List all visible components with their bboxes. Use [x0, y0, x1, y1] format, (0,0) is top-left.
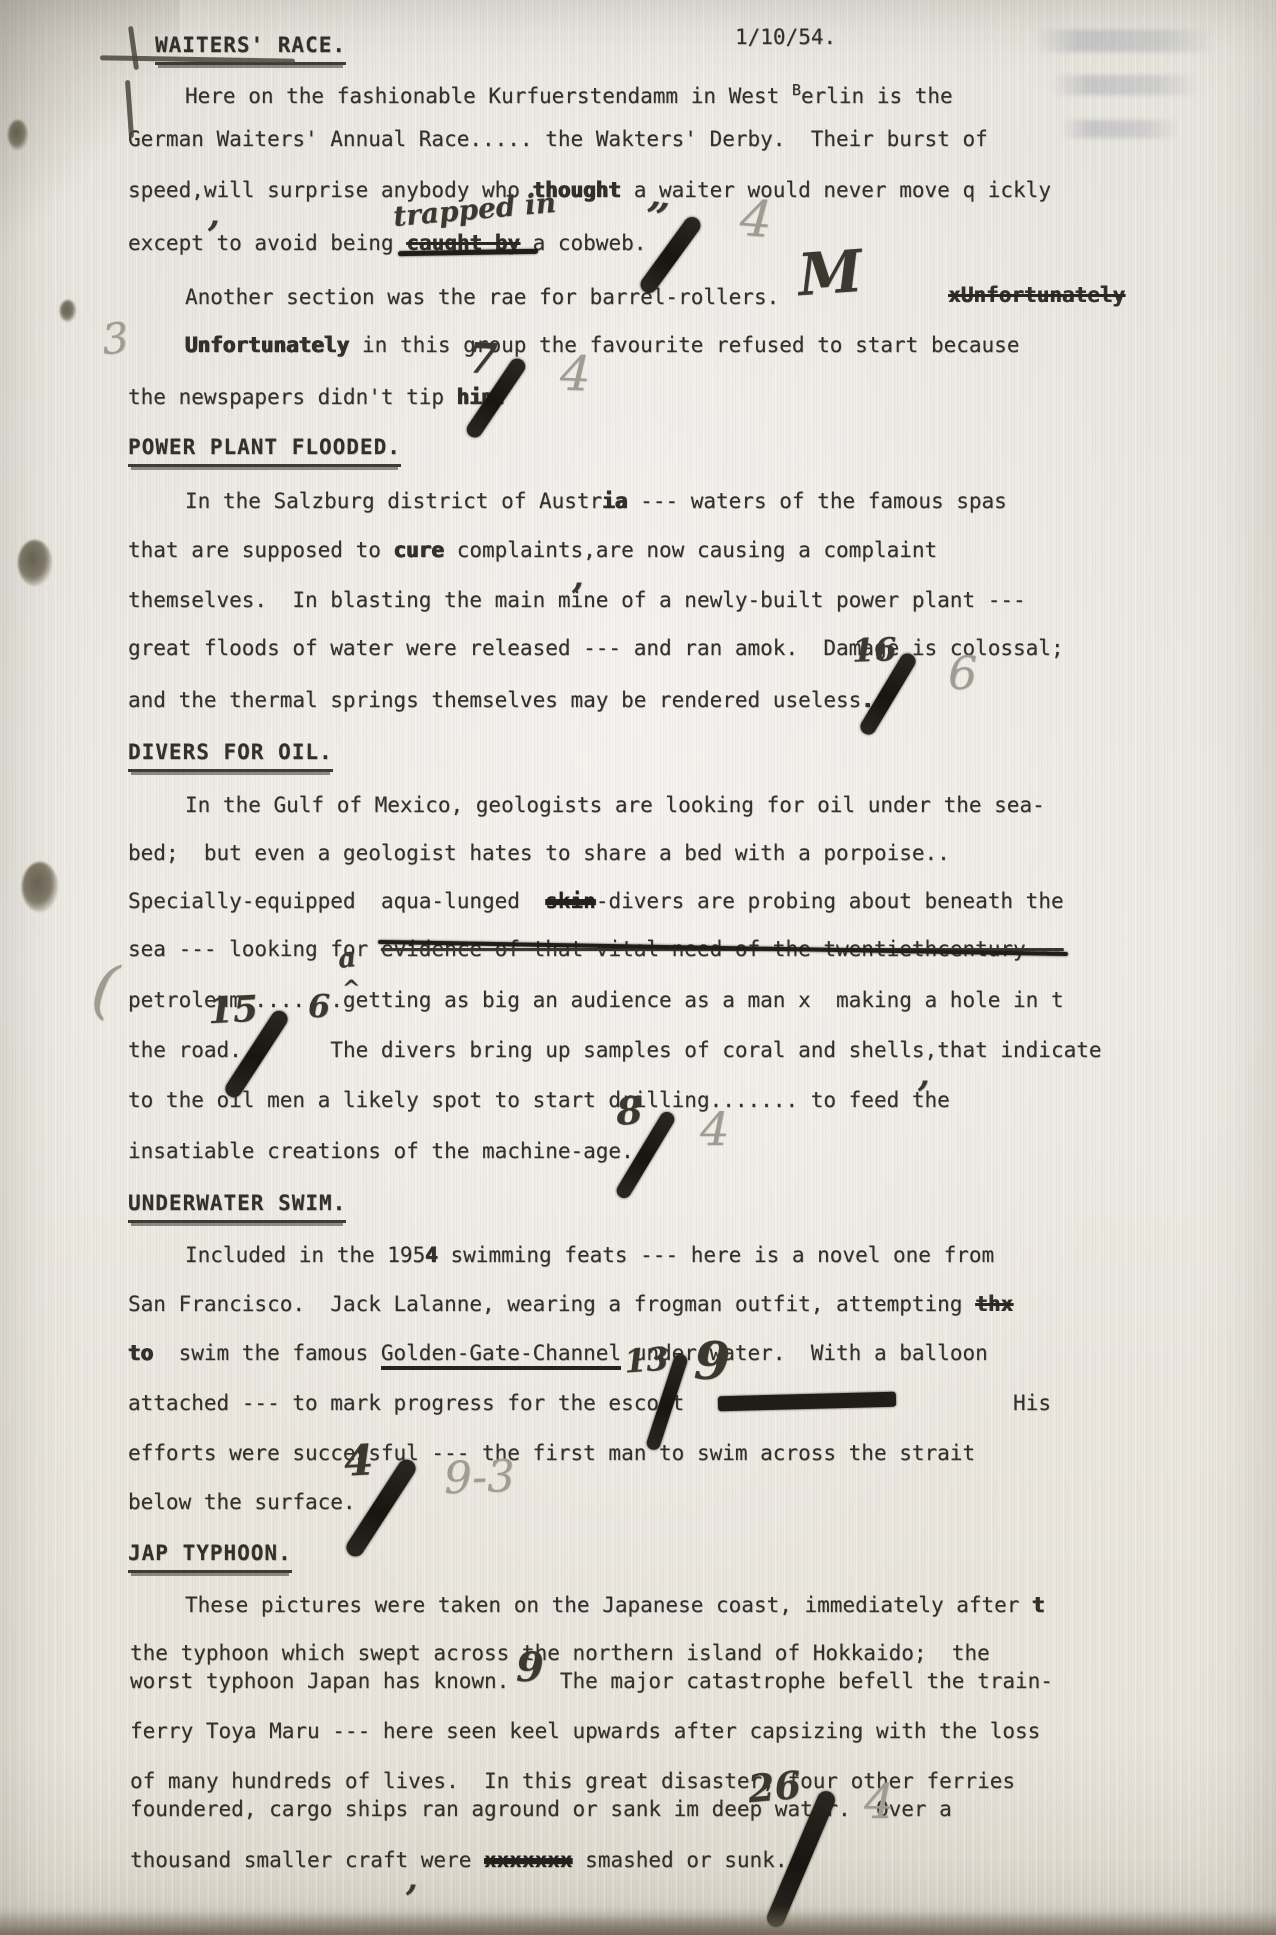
text-line: bed; but even a geologist hates to share… — [128, 838, 950, 868]
text-segment: UNDERWATER SWIM. — [128, 1191, 346, 1223]
text-line: insatiable creations of the machine-age. — [128, 1136, 634, 1166]
handwritten-ink-annotation: ” — [642, 197, 670, 240]
text-segment: German Waiters' Annual Race..... the Wak… — [128, 127, 988, 151]
handwritten-ink-annotation: 16 — [851, 633, 897, 667]
text-segment: erlin is the — [801, 84, 953, 108]
handwritten-ink-annotation: 9 — [516, 1648, 544, 1688]
paper-stain — [60, 300, 76, 322]
text-segment: DIVERS FOR OIL. — [128, 740, 333, 772]
text-line: that are supposed to cure complaints,are… — [128, 535, 937, 565]
document-date: 1/10/54. — [735, 22, 836, 52]
torn-bottom-edge — [0, 1905, 1276, 1935]
text-segment: ia — [602, 489, 627, 513]
text-segment: the road. — [128, 1038, 242, 1062]
text-segment: The divers bring up samples of coral and… — [242, 1038, 1102, 1062]
text-segment: His — [1013, 1391, 1051, 1415]
text-segment: bed; but even a geologist hates to share… — [128, 841, 950, 865]
text-segment: 1/10/54. — [735, 25, 836, 49]
text-line: thousand smaller craft were xxxxxxx smas… — [130, 1845, 787, 1875]
text-line: Here on the fashionable Kurfuerstendamm … — [185, 75, 953, 111]
pencil-annotation: 3 — [100, 317, 131, 362]
text-line: Unfortunately in this group the favourit… — [185, 330, 1019, 360]
text-line: the typhoon which swept across the north… — [130, 1638, 990, 1668]
text-line: xUnfortunately — [948, 280, 1125, 310]
text-line: attached --- to mark progress for the es… — [128, 1388, 1051, 1418]
pencil-annotation: 4 — [864, 1778, 895, 1826]
text-segment: swim the famous — [153, 1341, 381, 1365]
text-line: Another section was the rae for barrel-r… — [185, 282, 779, 312]
text-line: petroleum........getting as big an audie… — [128, 985, 1064, 1015]
handwritten-ink-annotation: , — [406, 1862, 418, 1896]
text-line: to the oil men a likely spot to start dr… — [128, 1085, 950, 1115]
text-segment: -divers are probing about beneath the — [596, 889, 1064, 913]
paper-stain — [8, 120, 28, 150]
text-segment: insatiable creations of the machine-age. — [128, 1139, 634, 1163]
text-segment: skin — [545, 889, 596, 913]
handwritten-ink-annotation: 9 — [693, 1335, 731, 1388]
text-segment: Included in the 195 — [185, 1243, 425, 1267]
text-segment: xUnfortunately — [948, 283, 1125, 307]
handwritten-ink-annotation: 7 — [467, 337, 498, 380]
text-segment: In the Gulf of Mexico, geologists are lo… — [185, 793, 1045, 817]
text-segment: a cobweb. — [520, 231, 646, 255]
text-segment: the typhoon which swept across the north… — [130, 1641, 990, 1665]
text-segment: below the surface. — [128, 1490, 356, 1514]
text-segment: Specially-equipped aqua-lunged — [128, 889, 545, 913]
text-segment: Golden-Gate-Channel — [381, 1341, 621, 1370]
pencil-annotation: ( — [88, 957, 122, 1024]
handwritten-ink-annotation: 15 — [207, 991, 259, 1030]
text-line: great floods of water were released --- … — [128, 633, 1064, 663]
handwritten-ink-annotation: , — [918, 1058, 930, 1092]
section-heading: JAP TYPHOON. — [128, 1538, 292, 1568]
text-line: In the Salzburg district of Austria --- … — [185, 486, 1007, 516]
scanned-typescript-page: WAITERS' RACE.1/10/54.Here on the fashio… — [0, 0, 1276, 1935]
handwritten-ink-annotation: ^ — [342, 978, 360, 1000]
text-line: Included in the 1954 swimming feats --- … — [185, 1240, 994, 1270]
handwritten-ink-annotation: M — [796, 242, 864, 304]
section-heading: DIVERS FOR OIL. — [128, 737, 333, 767]
text-segment: petroleum........getting as big an audie… — [128, 988, 1064, 1012]
bleed-through-smudge — [1050, 75, 1200, 95]
text-segment: thousand smaller craft were — [130, 1848, 484, 1872]
text-segment: to the oil men a likely spot to start dr… — [128, 1088, 950, 1112]
text-segment: the newspapers didn't tip — [128, 385, 457, 409]
bleed-through-smudge — [1060, 120, 1180, 138]
text-segment: in this group the favourite refused to s… — [349, 333, 1019, 357]
text-segment: --- waters of the famous spas — [628, 489, 1007, 513]
section-heading: POWER PLANT FLOODED. — [128, 432, 401, 462]
text-line: efforts were successful --- the first ma… — [128, 1438, 975, 1468]
text-line: and the thermal springs themselves may b… — [128, 685, 874, 715]
text-segment: Unfortunately — [185, 333, 349, 357]
handwritten-ink-annotation: 13 — [623, 1342, 670, 1377]
text-line: German Waiters' Annual Race..... the Wak… — [128, 124, 988, 154]
pencil-annotation: 4 — [738, 193, 773, 245]
handwritten-ink-annotation: , — [208, 198, 220, 232]
text-segment: efforts were successful --- the first ma… — [128, 1441, 975, 1465]
text-line: the newspapers didn't tip him. — [128, 382, 507, 412]
text-segment: Here on the fashionable Kurfuerstendamm … — [185, 84, 792, 108]
paper-stain — [18, 540, 52, 586]
text-line: Specially-equipped aqua-lunged skin-dive… — [128, 886, 1064, 916]
pencil-annotation: 4 — [700, 1106, 729, 1152]
handwritten-ink-annotation: 26 — [746, 1766, 802, 1808]
text-segment: complaints,are now causing a complaint — [444, 538, 937, 562]
text-segment: B — [792, 81, 801, 99]
text-line: except to avoid being caught by a cobweb… — [128, 228, 646, 258]
text-line: to swim the famous Golden-Gate-Channel u… — [128, 1338, 988, 1368]
text-segment: except to avoid being — [128, 231, 406, 255]
section-heading: UNDERWATER SWIM. — [128, 1188, 346, 1218]
text-line: San Francisco. Jack Lalanne, wearing a f… — [128, 1289, 1013, 1319]
text-segment: thx — [975, 1292, 1013, 1316]
text-segment: 4 — [425, 1243, 438, 1267]
text-segment: Another section was the rae for barrel-r… — [185, 285, 779, 309]
text-line: These pictures were taken on the Japanes… — [185, 1590, 1045, 1620]
text-line: worst typhoon Japan has known. The major… — [130, 1666, 1053, 1696]
text-segment: attached --- to mark progress for the es… — [128, 1391, 684, 1415]
bleed-through-smudge — [1035, 30, 1215, 52]
text-segment: swimming feats --- here is a novel one f… — [438, 1243, 994, 1267]
text-segment: ferry Toya Maru --- here seen keel upwar… — [130, 1719, 1040, 1743]
text-segment: POWER PLANT FLOODED. — [128, 435, 401, 467]
text-segment: San Francisco. Jack Lalanne, wearing a f… — [128, 1292, 975, 1316]
pencil-annotation: 4 — [559, 349, 591, 398]
text-segment: smashed or sunk. — [573, 1848, 788, 1872]
pencil-annotation: 9-3 — [443, 1455, 515, 1501]
text-segment: In the Salzburg district of Austr — [185, 489, 602, 513]
pencil-annotation: 6 — [948, 650, 977, 696]
text-segment: cure — [394, 538, 445, 562]
text-segment: to — [128, 1341, 153, 1365]
text-segment: and the thermal springs themselves may b… — [128, 688, 861, 712]
paper-stain — [22, 862, 58, 912]
text-segment: that are supposed to — [128, 538, 394, 562]
handwritten-ink-annotation: a — [337, 943, 358, 973]
text-segment: worst typhoon Japan has known. The major… — [130, 1669, 1053, 1693]
text-line: ferry Toya Maru --- here seen keel upwar… — [130, 1716, 1040, 1746]
text-segment: great floods of water were released --- … — [128, 636, 1064, 660]
handwritten-ink-annotation: 4 — [343, 1439, 374, 1482]
text-segment: t — [1032, 1593, 1045, 1617]
text-segment: These pictures were taken on the Japanes… — [185, 1593, 1032, 1617]
handwritten-ink-annotation: 8 — [615, 1091, 644, 1131]
handwritten-ink-annotation: , — [572, 560, 584, 594]
text-line: In the Gulf of Mexico, geologists are lo… — [185, 790, 1045, 820]
text-segment: a waiter would never move q ickly — [621, 178, 1051, 202]
text-segment: JAP TYPHOON. — [128, 1541, 292, 1573]
section-heading: WAITERS' RACE. — [155, 30, 346, 60]
text-line: below the surface. — [128, 1487, 356, 1517]
text-segment: xxxxxxx — [484, 1848, 573, 1872]
handwritten-ink-annotation: 6 — [308, 990, 330, 1022]
text-line: speed,will surprise anybody who thought … — [128, 175, 1051, 205]
